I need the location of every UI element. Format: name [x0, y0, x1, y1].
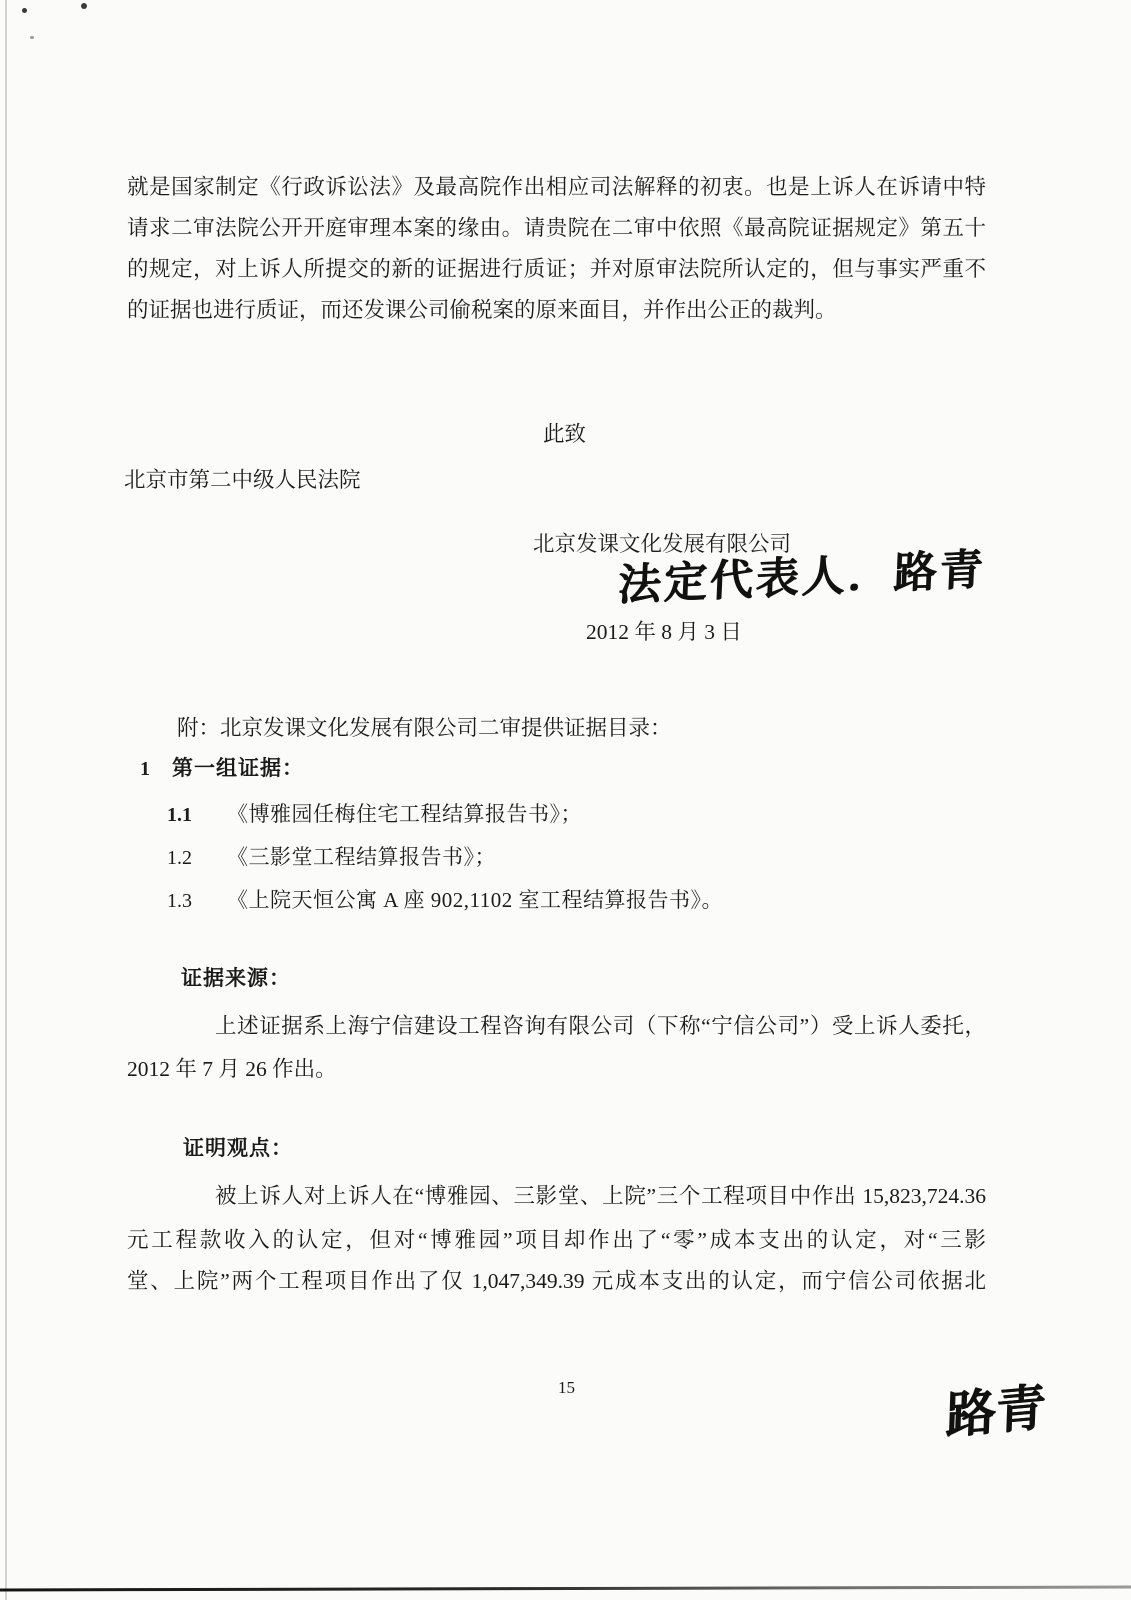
evidence-group-row: 1 第一组证据： [140, 752, 304, 782]
evidence-group-title: 第一组证据： [172, 756, 304, 780]
evidence-item-text: 《上院天恒公寓 A 座 902,1102 室工程结算报告书》。 [227, 888, 723, 912]
evidence-item-row: 1.2 《三影堂工程结算报告书》； [167, 841, 496, 871]
addressee-court: 北京市第二中级人民法院 [124, 460, 361, 501]
paragraph-line: 就是国家制定《行政诉讼法》及最高院作出相应司法解释的初衷。也是上诉人在诉请中特别 [127, 167, 986, 208]
closing-salute: 此致 [543, 414, 586, 455]
paragraph-line: 元工程款收入的认定，但对“博雅园”项目却作出了“零”成本支出的认定，对“三影 [127, 1220, 986, 1261]
evidence-item-row: 1.3 《上院天恒公寓 A 座 902,1102 室工程结算报告书》。 [167, 884, 723, 914]
paragraph-line: 2012 年 7 月 26 作出。 [127, 1049, 337, 1090]
evidence-point-paragraph-indent: 被上诉人对上诉人在“博雅园、三影堂、上院”三个工程项目中作出 15,823,72… [215, 1176, 986, 1217]
paragraph-line: 请求二审法院公开开庭审理本案的缘由。请贵院在二审中依照《最高院证据规定》第五十条 [127, 208, 986, 249]
evidence-item-text: 《三影堂工程结算报告书》； [227, 845, 496, 869]
evidence-item-number: 1.1 [167, 804, 223, 827]
attachment-title: 附：北京发课文化发展有限公司二审提供证据目录： [177, 708, 672, 749]
scan-edge-line [0, 1586, 1131, 1592]
paragraph-line: 的证据也进行质证，而还发课公司偷税案的原来面目，并作出公正的裁判。 [127, 290, 986, 331]
evidence-item-text: 《博雅园任梅住宅工程结算报告书》； [227, 802, 582, 826]
paragraph-line: 上述证据系上海宁信建设工程咨询有限公司（下称“宁信公司”）受上诉人委托，于 [215, 1006, 986, 1047]
page-number: 15 [558, 1378, 575, 1398]
paragraph-line: 堂、上院”两个工程项目作出了仅 1,047,349.39 元成本支出的认定，而宁… [127, 1261, 986, 1302]
evidence-item-number: 1.3 [167, 890, 223, 913]
signature-date: 2012 年 8 月 3 日 [586, 612, 742, 653]
ink-speck [81, 3, 87, 9]
scan-left-edge-line [5, 0, 7, 1600]
page-footer-signature-handwriting: 路青 [945, 1367, 1047, 1448]
main-paragraph: 就是国家制定《行政诉讼法》及最高院作出相应司法解释的初衷。也是上诉人在诉请中特别… [127, 167, 986, 331]
evidence-item-row: 1.1 《博雅园任梅住宅工程结算报告书》； [167, 798, 582, 828]
ink-speck [22, 8, 27, 13]
evidence-source-paragraph: 上述证据系上海宁信建设工程咨询有限公司（下称“宁信公司”）受上诉人委托，于 [215, 1006, 986, 1047]
evidence-group-number: 1 [140, 758, 150, 780]
evidence-item-number: 1.2 [167, 847, 223, 870]
evidence-source-heading: 证据来源： [181, 962, 291, 992]
evidence-point-paragraph: 元工程款收入的认定，但对“博雅园”项目却作出了“零”成本支出的认定，对“三影 堂… [127, 1220, 986, 1302]
paragraph-line: 的规定，对上诉人所提交的新的证据进行质证；并对原审法院所认定的，但与事实严重不符 [127, 249, 986, 290]
paragraph-line: 被上诉人对上诉人在“博雅园、三影堂、上院”三个工程项目中作出 15,823,72… [215, 1176, 986, 1217]
evidence-point-heading: 证明观点： [183, 1132, 293, 1162]
ink-speck [30, 36, 34, 39]
scanned-document-page: 就是国家制定《行政诉讼法》及最高院作出相应司法解释的初衷。也是上诉人在诉请中特别… [0, 0, 1131, 1600]
